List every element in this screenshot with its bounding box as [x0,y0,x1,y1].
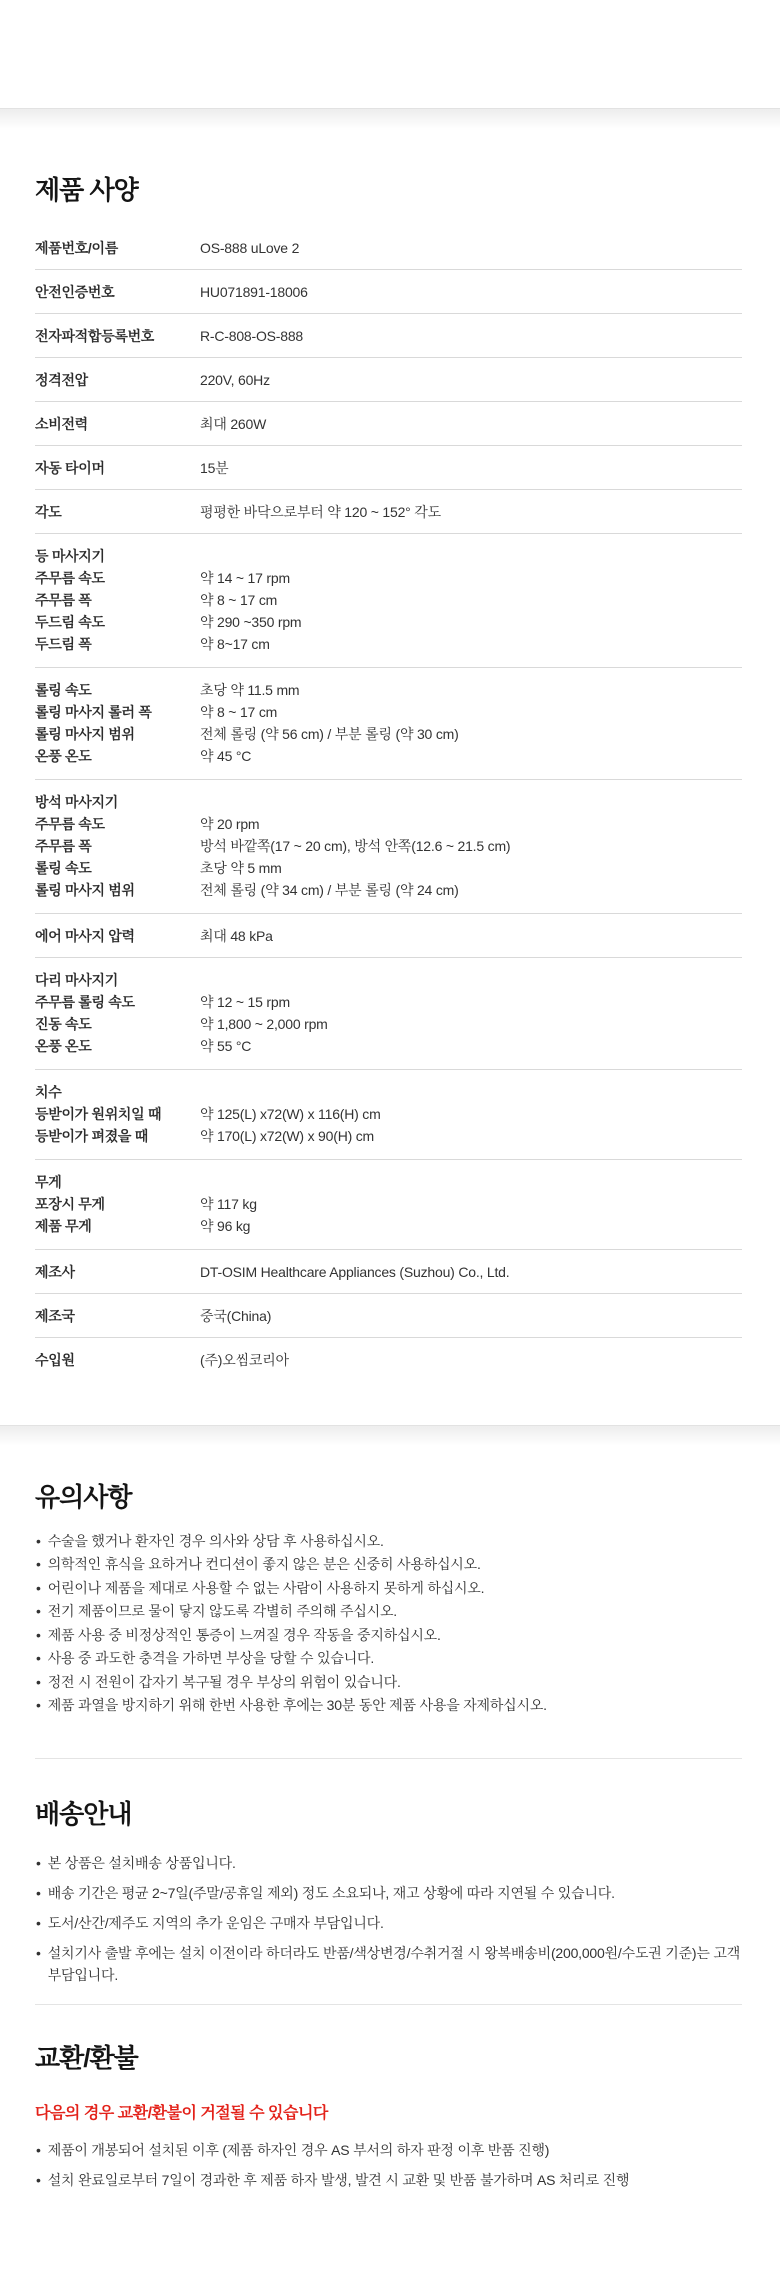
spec-group-item: 롤링 마사지 범위전체 롤링 (약 56 cm) / 부분 롤링 (약 30 c… [35,723,742,745]
spec-label: 에어 마사지 압력 [35,926,200,946]
spec-group-item: 주무름 속도약 20 rpm [35,813,742,835]
list-item-text: 제품이 개봉되어 설치된 이후 (제품 하자인 경우 AS 부서의 하자 판정 … [48,2139,550,2161]
spec-row: 전자파적합등록번호R-C-808-OS-888 [35,314,742,358]
list-item: •본 상품은 설치배송 상품입니다. [35,1848,742,1878]
spec-label: 포장시 무게 [35,1193,200,1215]
spec-label: 제품번호/이름 [35,238,200,258]
spec-value: 약 55 °C [200,1035,251,1057]
spec-label: 등받이가 원위치일 때 [35,1103,200,1125]
spec-group-row: 무게포장시 무게약 117 kg제품 무게약 96 kg [35,1160,742,1250]
bullet-dot-icon: • [36,1530,41,1554]
spec-group-title: 무게 [35,1171,742,1193]
spec-label: 정격전압 [35,370,200,390]
spec-value: (주)오씸코리아 [200,1350,289,1370]
spec-value: 약 170(L) x72(W) x 90(H) cm [200,1125,374,1147]
spec-label: 주무름 속도 [35,813,200,835]
spec-label: 각도 [35,502,200,522]
list-item-text: 어린이나 제품을 제대로 사용할 수 없는 사람이 사용하지 못하게 하십시오. [48,1577,485,1601]
specs-section-title: 제품 사양 [35,177,742,204]
spec-label: 진동 속도 [35,1013,200,1035]
bullet-dot-icon: • [36,2139,41,2161]
list-item-text: 정전 시 전원이 갑자기 복구될 경우 부상의 위험이 있습니다. [48,1671,401,1695]
shipping-info-section: 배송안내 •본 상품은 설치배송 상품입니다.•배송 기간은 평균 2~7일(주… [0,1801,780,1990]
bullet-dot-icon: • [36,1553,41,1577]
spec-group-title: 치수 [35,1081,742,1103]
spec-value: 약 20 rpm [200,813,259,835]
spec-value: 최대 48 kPa [200,926,273,946]
exchange-refund-section: 교환/환불 다음의 경우 교환/환불이 거절될 수 있습니다 •제품이 개봉되어… [0,2045,780,2195]
spec-label: 제조사 [35,1262,200,1282]
list-item: •의학적인 휴식을 요하거나 컨디션이 좋지 않은 분은 신중히 사용하십시오. [35,1553,742,1577]
spec-label: 주무름 폭 [35,835,200,857]
list-item-text: 사용 중 과도한 충격을 가하면 부상을 당할 수 있습니다. [48,1647,374,1671]
divider-wrap-2 [0,2004,780,2005]
refund-warning-text: 다음의 경우 교환/환불이 거절될 수 있습니다 [35,2100,742,2123]
spec-group-item: 등받이가 원위치일 때약 125(L) x72(W) x 116(H) cm [35,1103,742,1125]
spec-value: 초당 약 11.5 mm [200,679,299,701]
spec-group-item: 주무름 폭방석 바깥쪽(17 ~ 20 cm), 방석 안쪽(12.6 ~ 21… [35,835,742,857]
spec-label: 등받이가 펴졌을 때 [35,1125,200,1147]
spec-label: 롤링 속도 [35,679,200,701]
spec-label: 전자파적합등록번호 [35,326,200,346]
spec-group-item: 롤링 마사지 범위전체 롤링 (약 34 cm) / 부분 롤링 (약 24 c… [35,879,742,901]
spec-label: 온풍 온도 [35,745,200,767]
spec-table: 제품번호/이름OS-888 uLove 2안전인증번호HU071891-1800… [35,226,742,1381]
spec-label: 롤링 속도 [35,857,200,879]
spec-group-row: 다리 마사지기주무름 롤링 속도약 12 ~ 15 rpm진동 속도약 1,80… [35,958,742,1070]
spec-value: 약 8 ~ 17 cm [200,701,277,723]
spec-value: 220V, 60Hz [200,372,270,388]
list-item-text: 수술을 했거나 환자인 경우 의사와 상담 후 사용하십시오. [48,1530,384,1554]
bullet-dot-icon: • [36,2169,41,2191]
bullet-dot-icon: • [36,1624,41,1648]
bullet-dot-icon: • [36,1942,41,1986]
spec-value: 평평한 바닥으로부터 약 120 ~ 152° 각도 [200,502,441,522]
spec-value: 약 125(L) x72(W) x 116(H) cm [200,1103,381,1125]
spec-label: 안전인증번호 [35,282,200,302]
section-divider-shadow-notices [0,1425,780,1446]
spec-label: 수입원 [35,1350,200,1370]
spec-group-title: 다리 마사지기 [35,969,742,991]
list-item: •사용 중 과도한 충격을 가하면 부상을 당할 수 있습니다. [35,1647,742,1671]
list-item-text: 배송 기간은 평균 2~7일(주말/공휴일 제외) 정도 소요되나, 재고 상황… [48,1882,615,1904]
spec-row: 각도평평한 바닥으로부터 약 120 ~ 152° 각도 [35,490,742,534]
bullet-dot-icon: • [36,1577,41,1601]
spec-row: 소비전력최대 260W [35,402,742,446]
spec-group-item: 포장시 무게약 117 kg [35,1193,742,1215]
shipping-list: •본 상품은 설치배송 상품입니다.•배송 기간은 평균 2~7일(주말/공휴일… [35,1848,742,1990]
list-item: •정전 시 전원이 갑자기 복구될 경우 부상의 위험이 있습니다. [35,1671,742,1695]
spec-value: 전체 롤링 (약 56 cm) / 부분 롤링 (약 30 cm) [200,723,459,745]
list-item-text: 전기 제품이므로 물이 닿지 않도록 각별히 주의해 주십시오. [48,1600,397,1624]
spec-value: 약 8~17 cm [200,633,270,655]
refund-list: •제품이 개봉되어 설치된 이후 (제품 하자인 경우 AS 부서의 하자 판정… [35,2135,742,2195]
spec-value: 약 96 kg [200,1215,250,1237]
list-item: •도서/산간/제주도 지역의 추가 운임은 구매자 부담입니다. [35,1908,742,1938]
shipping-section-title: 배송안내 [35,1801,742,1828]
bullet-dot-icon: • [36,1600,41,1624]
spec-group-item: 롤링 속도초당 약 11.5 mm [35,679,742,701]
spec-row: 정격전압220V, 60Hz [35,358,742,402]
refund-section-title: 교환/환불 [35,2045,742,2072]
spec-group-row: 방석 마사지기주무름 속도약 20 rpm주무름 폭방석 바깥쪽(17 ~ 20… [35,780,742,914]
spec-group-item: 주무름 속도약 14 ~ 17 rpm [35,567,742,589]
section-rule-2 [35,2004,742,2005]
spec-group-row: 롤링 속도초당 약 11.5 mm롤링 마사지 롤러 폭약 8 ~ 17 cm롤… [35,668,742,780]
spec-value: 약 45 °C [200,745,251,767]
bullet-dot-icon: • [36,1647,41,1671]
spec-value: 약 117 kg [200,1193,257,1215]
list-item: •제품이 개봉되어 설치된 이후 (제품 하자인 경우 AS 부서의 하자 판정… [35,2135,742,2165]
spec-value: 15분 [200,458,229,478]
spec-value: 초당 약 5 mm [200,857,282,879]
spec-value: 약 12 ~ 15 rpm [200,991,290,1013]
spec-value: 약 8 ~ 17 cm [200,589,277,611]
list-item: •수술을 했거나 환자인 경우 의사와 상담 후 사용하십시오. [35,1530,742,1554]
list-item-text: 제품 과열을 방지하기 위해 한번 사용한 후에는 30분 동안 제품 사용을 … [48,1694,547,1718]
section-divider-shadow-top [0,108,780,129]
spec-group-row: 치수등받이가 원위치일 때약 125(L) x72(W) x 116(H) cm… [35,1070,742,1160]
spec-group-item: 온풍 온도약 55 °C [35,1035,742,1057]
bullet-dot-icon: • [36,1912,41,1934]
bullet-dot-icon: • [36,1694,41,1718]
spec-label: 자동 타이머 [35,458,200,478]
spec-value: HU071891-18006 [200,284,308,300]
list-item: •배송 기간은 평균 2~7일(주말/공휴일 제외) 정도 소요되나, 재고 상… [35,1878,742,1908]
spec-value: 방석 바깥쪽(17 ~ 20 cm), 방석 안쪽(12.6 ~ 21.5 cm… [200,835,510,857]
spec-row: 자동 타이머15분 [35,446,742,490]
spec-label: 두드림 속도 [35,611,200,633]
spec-group-item: 롤링 마사지 롤러 폭약 8 ~ 17 cm [35,701,742,723]
list-item-text: 설치기사 출발 후에는 설치 이전이라 하더라도 반품/색상변경/수취거절 시 … [48,1942,742,1986]
bullet-dot-icon: • [36,1671,41,1695]
bullet-dot-icon: • [36,1852,41,1874]
section-rule-1 [35,1758,742,1759]
spec-group-item: 제품 무게약 96 kg [35,1215,742,1237]
spec-row: 제조사DT-OSIM Healthcare Appliances (Suzhou… [35,1250,742,1294]
spec-value: 약 290 ~350 rpm [200,611,301,633]
spec-value: 최대 260W [200,414,266,434]
list-item-text: 제품 사용 중 비정상적인 통증이 느껴질 경우 작동을 중지하십시오. [48,1624,441,1648]
list-item: •설치기사 출발 후에는 설치 이전이라 하더라도 반품/색상변경/수취거절 시… [35,1938,742,1990]
spec-value: 전체 롤링 (약 34 cm) / 부분 롤링 (약 24 cm) [200,879,459,901]
spec-group-item: 두드림 폭약 8~17 cm [35,633,742,655]
divider-wrap-1 [0,1758,780,1759]
spec-value: OS-888 uLove 2 [200,240,299,256]
precautions-section-title: 유의사항 [35,1484,742,1511]
list-item-text: 의학적인 휴식을 요하거나 컨디션이 좋지 않은 분은 신중히 사용하십시오. [48,1553,481,1577]
spec-group-item: 온풍 온도약 45 °C [35,745,742,767]
spec-label: 두드림 폭 [35,633,200,655]
spec-label: 제품 무게 [35,1215,200,1237]
spec-group-row: 등 마사지기주무름 속도약 14 ~ 17 rpm주무름 폭약 8 ~ 17 c… [35,534,742,668]
spec-group-item: 등받이가 펴졌을 때약 170(L) x72(W) x 90(H) cm [35,1125,742,1147]
spec-label: 주무름 롤링 속도 [35,991,200,1013]
spec-value: 약 1,800 ~ 2,000 rpm [200,1013,328,1035]
bullet-dot-icon: • [36,1882,41,1904]
spec-value: DT-OSIM Healthcare Appliances (Suzhou) C… [200,1264,509,1280]
spec-label: 소비전력 [35,414,200,434]
spec-label: 롤링 마사지 범위 [35,723,200,745]
spec-group-item: 두드림 속도약 290 ~350 rpm [35,611,742,633]
spec-group-item: 진동 속도약 1,800 ~ 2,000 rpm [35,1013,742,1035]
list-item-text: 설치 완료일로부터 7일이 경과한 후 제품 하자 발생, 발견 시 교환 및 … [48,2169,630,2191]
spec-value: R-C-808-OS-888 [200,328,303,344]
list-item: •제품 과열을 방지하기 위해 한번 사용한 후에는 30분 동안 제품 사용을… [35,1694,742,1718]
spec-group-title: 방석 마사지기 [35,791,742,813]
spec-label: 롤링 마사지 롤러 폭 [35,701,200,723]
spec-row: 안전인증번호HU071891-18006 [35,270,742,314]
spec-group-title: 등 마사지기 [35,545,742,567]
spec-label: 주무름 속도 [35,567,200,589]
list-item: •제품 사용 중 비정상적인 통증이 느껴질 경우 작동을 중지하십시오. [35,1624,742,1648]
spec-label: 주무름 폭 [35,589,200,611]
precautions-section: 유의사항 •수술을 했거나 환자인 경우 의사와 상담 후 사용하십시오.•의학… [0,1484,780,1717]
list-item-text: 본 상품은 설치배송 상품입니다. [48,1852,236,1874]
spec-label: 제조국 [35,1306,200,1326]
list-item: •설치 완료일로부터 7일이 경과한 후 제품 하자 발생, 발견 시 교환 및… [35,2165,742,2195]
spec-group-item: 주무름 롤링 속도약 12 ~ 15 rpm [35,991,742,1013]
top-whitespace [0,0,780,108]
spec-value: 약 14 ~ 17 rpm [200,567,290,589]
precautions-list: •수술을 했거나 환자인 경우 의사와 상담 후 사용하십시오.•의학적인 휴식… [35,1530,742,1718]
spec-label: 온풍 온도 [35,1035,200,1057]
list-item: •어린이나 제품을 제대로 사용할 수 없는 사람이 사용하지 못하게 하십시오… [35,1577,742,1601]
spec-row: 수입원(주)오씸코리아 [35,1338,742,1381]
spec-group-item: 롤링 속도초당 약 5 mm [35,857,742,879]
spec-group-item: 주무름 폭약 8 ~ 17 cm [35,589,742,611]
spec-row: 제품번호/이름OS-888 uLove 2 [35,226,742,270]
spec-value: 중국(China) [200,1306,271,1326]
list-item: •전기 제품이므로 물이 닿지 않도록 각별히 주의해 주십시오. [35,1600,742,1624]
spec-label: 롤링 마사지 범위 [35,879,200,901]
spec-row: 제조국중국(China) [35,1294,742,1338]
list-item-text: 도서/산간/제주도 지역의 추가 운임은 구매자 부담입니다. [48,1912,384,1934]
product-specs-section: 제품 사양 제품번호/이름OS-888 uLove 2안전인증번호HU07189… [0,177,780,1381]
spec-row: 에어 마사지 압력최대 48 kPa [35,914,742,958]
